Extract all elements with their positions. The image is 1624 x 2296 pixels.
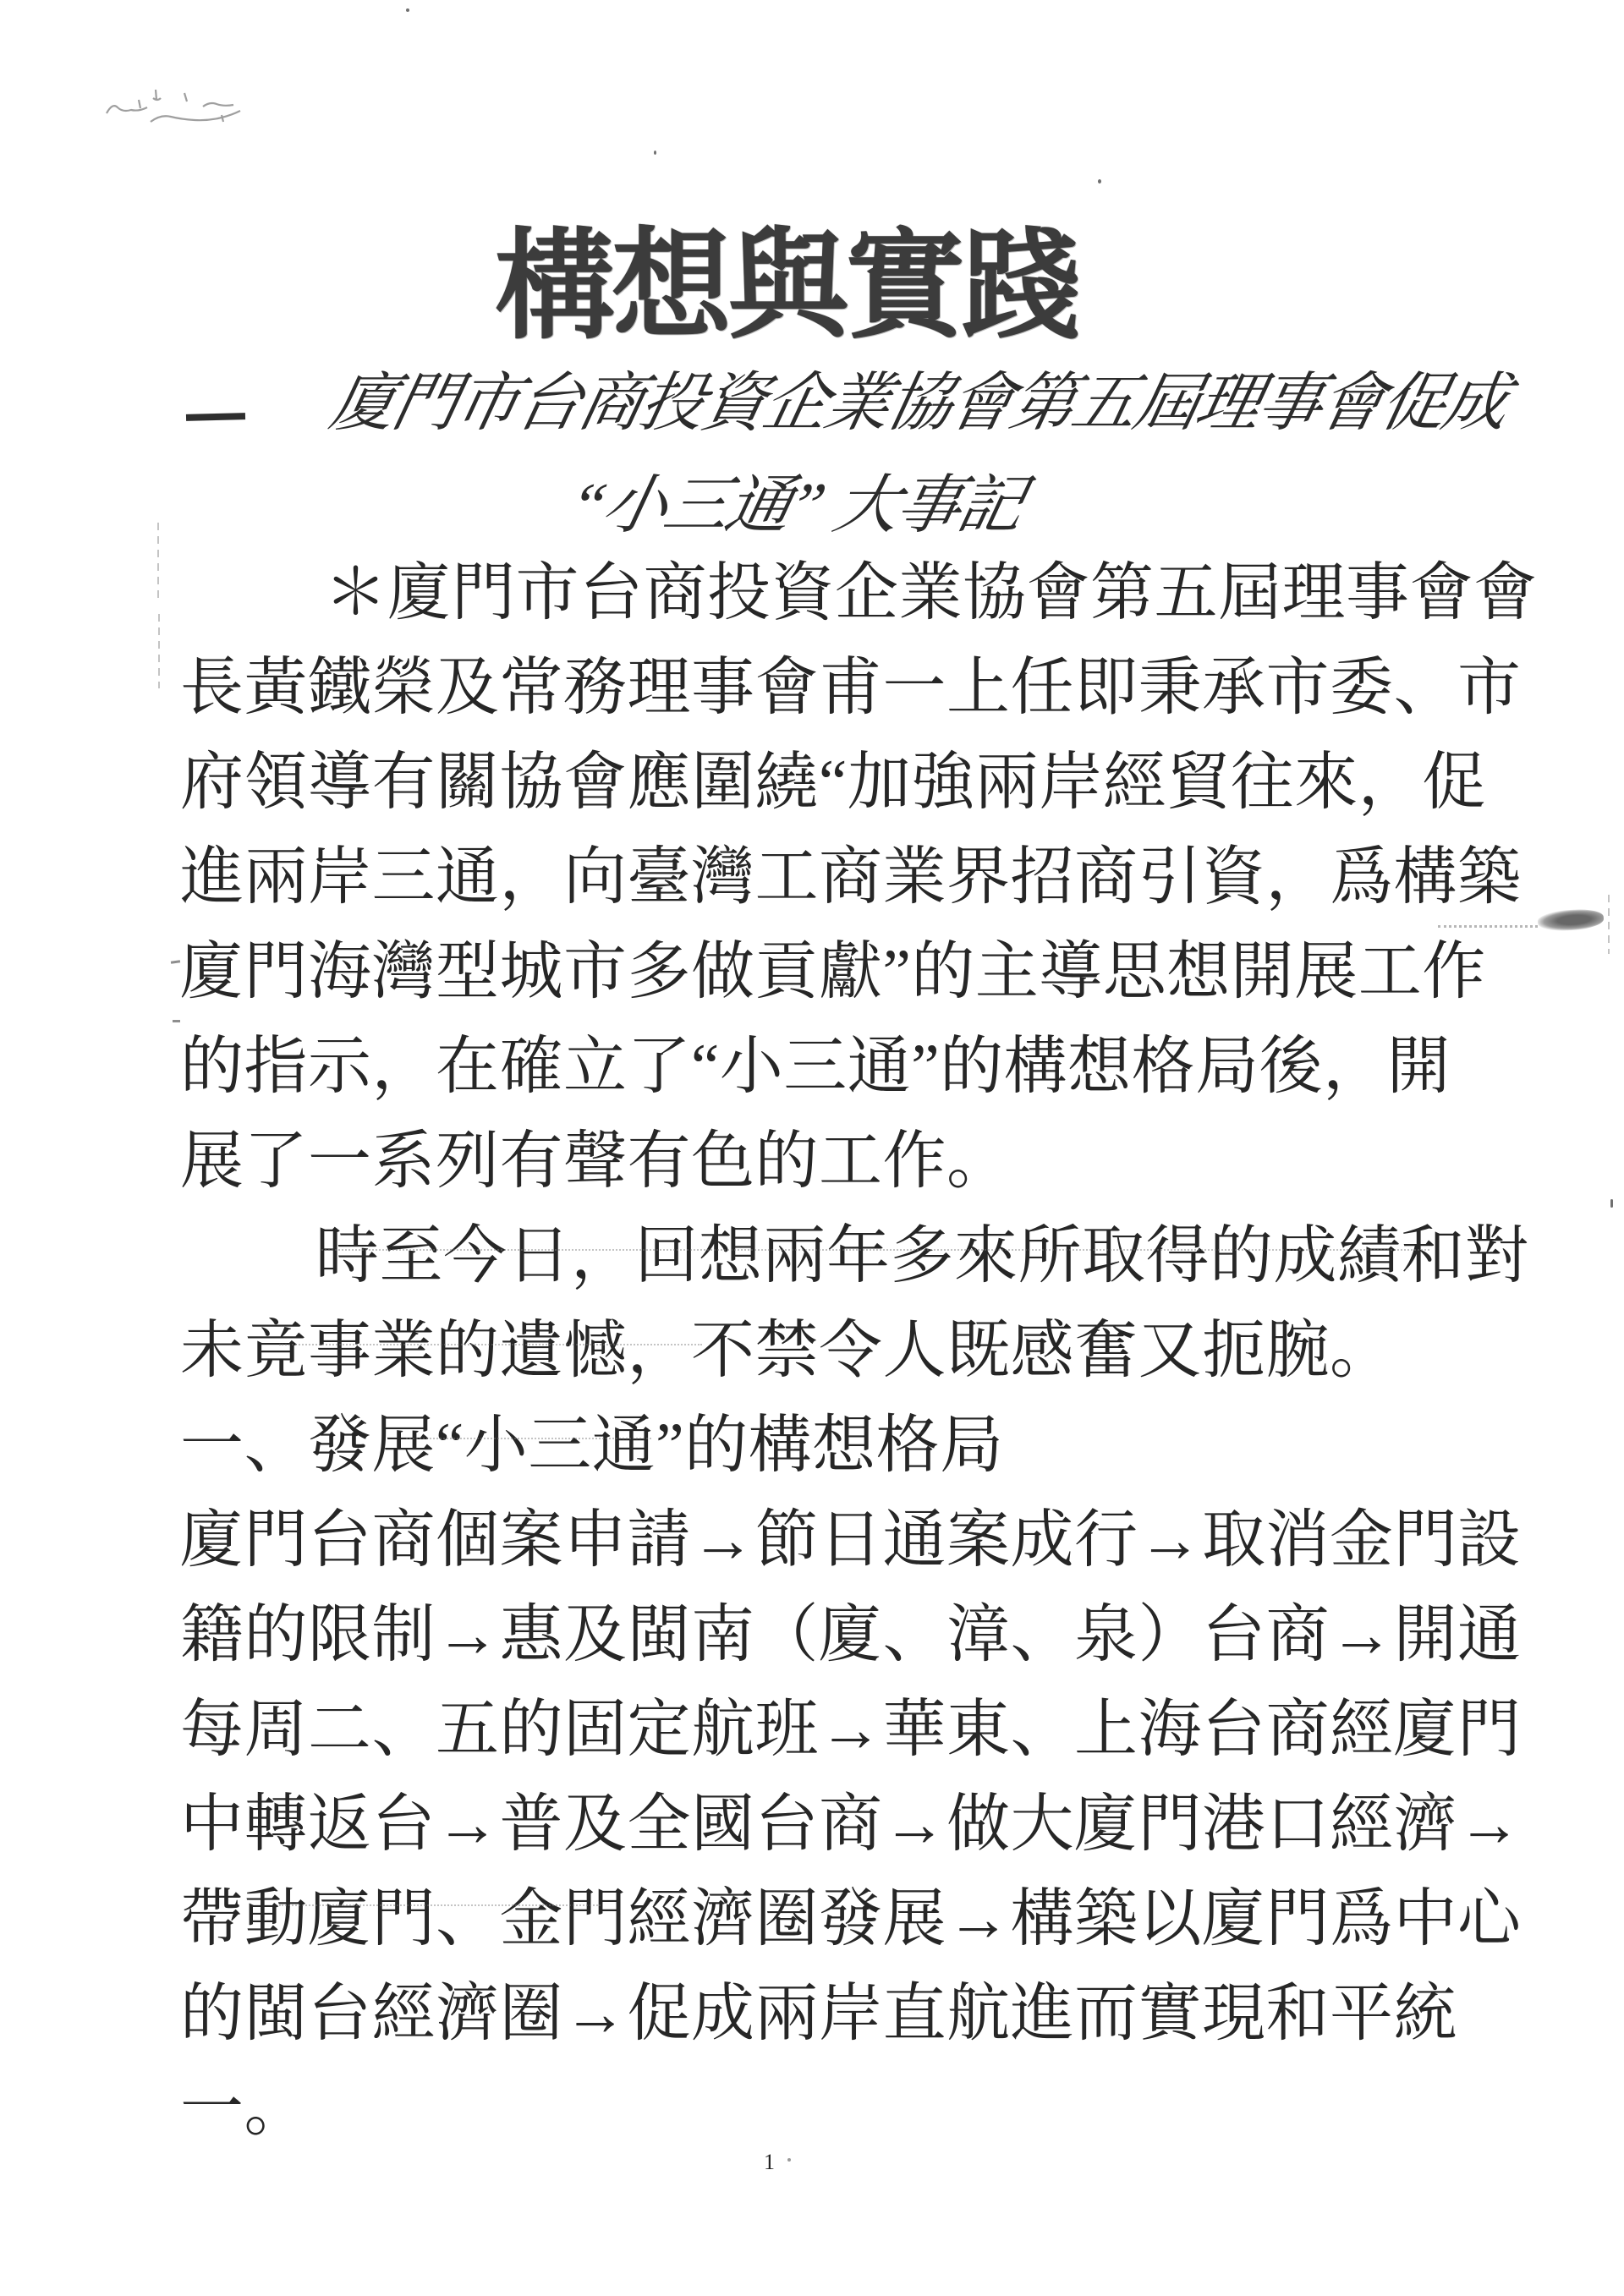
handwritten-annotation — [101, 74, 262, 135]
attribution-line1: 廈門市台商投資企業協會第五屆理事會促成 — [324, 351, 1517, 443]
page-number-dot — [787, 2158, 791, 2162]
scan-speck — [654, 151, 656, 155]
scan-speck — [1098, 179, 1101, 184]
body-line: 帶動廈門、金門經濟圈發展→構築以廈門爲中心 — [180, 1872, 1567, 1967]
scan-streak — [279, 1904, 601, 1906]
body-line: 進兩岸三通，向臺灣工商業界招商引資，爲構築 — [180, 830, 1567, 925]
body-line: ＊廈門市台商投資企業協會第五屆理事會會 — [180, 546, 1567, 641]
body-line: 府領導有關協會應圍繞“加強兩岸經貿往來，促 — [180, 736, 1567, 830]
body-line: 未竟事業的遺憾，不禁令人既感奮又扼腕。 — [180, 1304, 1567, 1399]
scan-edge-mark — [158, 614, 160, 688]
scan-speck — [1610, 1199, 1613, 1208]
body-line: 的閩台經濟圈→促成兩岸直航進而實現和平統 — [180, 1967, 1567, 2062]
scan-speck — [406, 8, 409, 12]
scan-streak — [406, 1438, 651, 1439]
attribution-line2: “小三通” 大事記 — [562, 453, 1032, 545]
scan-streak — [321, 1249, 1429, 1251]
body-line: 的指示，在確立了“小三通”的構想格局後，開 — [180, 1020, 1567, 1115]
scan-edge-mark — [157, 523, 159, 604]
page-title: 構想與實踐 — [0, 189, 1573, 362]
scan-streak — [279, 1344, 702, 1345]
body-line: 一、發展“小三通”的構想格局 — [180, 1399, 1567, 1493]
body-text: ＊廈門市台商投資企業協會第五屆理事會會 長黃鐵榮及常務理事會甫一上任即秉承市委、… — [180, 546, 1567, 2156]
body-line: 一。 — [180, 2062, 1567, 2156]
body-line: 籍的限制→惠及閩南（廈、漳、泉）台商→開通 — [180, 1588, 1567, 1683]
body-line: 中轉返台→普及全國台商→做大廈門港口經濟→ — [180, 1778, 1567, 1872]
body-line: 廈門海灣型城市多做貢獻”的主導思想開展工作 — [180, 925, 1567, 1020]
scan-smudge-trail — [1438, 925, 1538, 928]
body-line: 每周二、五的固定航班→華東、上海台商經廈門 — [180, 1683, 1567, 1778]
attribution-dash-icon — [186, 413, 245, 421]
scanned-document-page: 構想與實踐 廈門市台商投資企業協會第五屆理事會促成 “小三通” 大事記 ＊廈門市… — [0, 0, 1624, 2296]
body-line: 廈門台商個案申請→節日通案成行→取消金門設 — [180, 1493, 1567, 1588]
scan-speck — [173, 1020, 180, 1022]
body-line: 長黃鐵榮及常務理事會甫一上任即秉承市委、市 — [180, 641, 1567, 736]
scan-edge-mark — [1608, 895, 1610, 954]
scan-speck — [171, 960, 180, 964]
body-line: 展了一系列有聲有色的工作。 — [180, 1115, 1567, 1209]
body-line: 時至今日，回想兩年多來所取得的成績和對 — [180, 1209, 1567, 1304]
page-number: 1 — [764, 2150, 775, 2175]
